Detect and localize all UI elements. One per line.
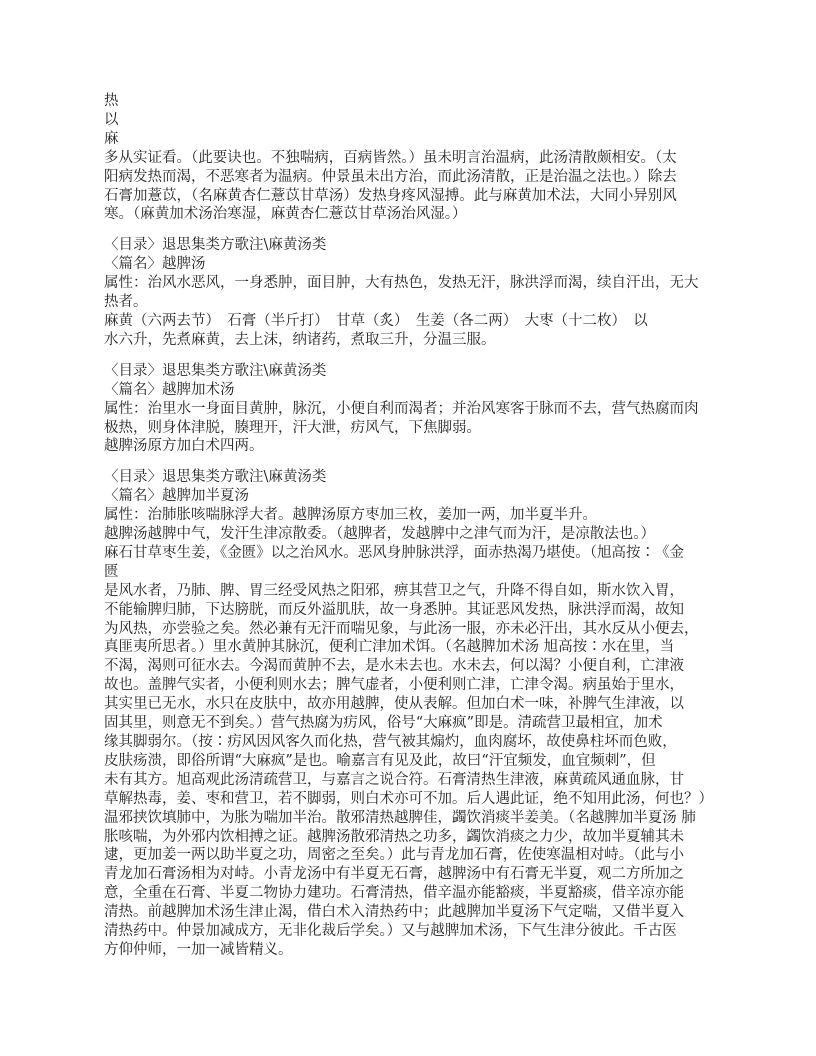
text-line: 属性：治风水恶风，一身悉肿，面目肿，大有热色，发热无汗，脉洪浮而渴，续自汗出，无…	[104, 274, 724, 293]
text-line: 石膏加薏苡，（名麻黄杏仁薏苡甘草汤）发热身疼风湿搏。此与麻黄加术法，大同小异别风	[104, 187, 724, 206]
text-line: 草解热毒，姜、枣和营卫，若不脚弱，则白术亦可不加。后人遇此证，绝不知用此汤，何也…	[104, 790, 724, 809]
text-line: 青龙加石膏汤相为对峙。小青龙汤中有半夏无石膏，越脾汤中有石膏无半夏，观二方所加之	[104, 865, 724, 884]
text-line: 麻黄（六两去节） 石膏（半斤打） 甘草（炙） 生姜（各二两） 大枣（十二枚） 以	[104, 312, 724, 331]
text-line: 匮	[104, 563, 724, 582]
text-line: 〈篇名〉越脾加半夏汤	[104, 487, 724, 506]
text-line: 是风水者，乃肺、脾、胃三经受风热之阳邪，痹其营卫之气，升降不得自如，斯水饮入胃，	[104, 582, 724, 601]
text-line: 〈篇名〉越脾加术汤	[104, 381, 724, 400]
text-line: 极热，则身体津脱，腠理开，汗大泄，疠风气，下焦脚弱。	[104, 419, 724, 438]
text-line: 〈目录〉退思集类方歌注\麻黄汤类	[104, 362, 724, 381]
text-line: 清热药中。仲景加减成方，无非化裁后学矣。）又与越脾加术汤，下气生津分彼此。千古医	[104, 922, 724, 941]
text-line: 〈目录〉退思集类方歌注\麻黄汤类	[104, 236, 724, 255]
text-line: 属性：治肺胀咳喘脉浮大者。越脾汤原方枣加三枚，姜加一两，加半夏半升。	[104, 506, 724, 525]
text-line: 故也。盖脾气实者，小便利则水去；脾气虚者，小便利则亡津，亡津令渴。病虽始于里水，	[104, 676, 724, 695]
text-line: 寒。（麻黄加术汤治寒湿，麻黄杏仁薏苡甘草汤治风湿。）	[104, 205, 724, 224]
text-line: 热者。	[104, 293, 724, 312]
text-line: 以	[104, 111, 724, 130]
text-content: 热以麻多从实证看。（此要诀也。不独喘病，百病皆然。）虽未明言治温病，此汤清散颇相…	[104, 92, 724, 972]
text-line: 固其里，则意无不到矣。）营气热腐为疠风，俗号“大麻疯”即是。清疏营卫最相宜，加术	[104, 714, 724, 733]
text-line: 多从实证看。（此要诀也。不独喘病，百病皆然。）虽未明言治温病，此汤清散颇相安。（…	[104, 149, 724, 168]
text-line: 为风热，亦尝验之矣。然必兼有无汗而喘见象，与此汤一服，亦未必汗出，其水反从小便去…	[104, 620, 724, 639]
text-section-yuepi-jia-zhu-tang: 〈目录〉退思集类方歌注\麻黄汤类〈篇名〉越脾加术汤属性：治里水一身面目黄肿，脉沉…	[104, 362, 724, 457]
text-section-yuepi-jia-banxia-tang: 〈目录〉退思集类方歌注\麻黄汤类〈篇名〉越脾加半夏汤属性：治肺胀咳喘脉浮大者。越…	[104, 468, 724, 960]
text-line: 真匪夷所思者。）里水黄肿其脉沉，便利亡津加术饵。（名越脾加术汤 旭高按∶水在里，…	[104, 638, 724, 657]
text-line: 越脾汤越脾中气，发汗生津凉散委。（越脾者，发越脾中之津气而为汗，是凉散法也。）	[104, 525, 724, 544]
text-line: 麻石甘草枣生姜，《金匮》以之治风水。恶风身肿脉洪浮，面赤热渴乃堪使。（旭高按∶《…	[104, 544, 724, 563]
text-line: 温邪挟饮填肺中，为胀为喘加半治。散邪清热越脾佳，蠲饮消痰半姜美。（名越脾加半夏汤…	[104, 809, 724, 828]
text-line: 胀咳喘，为外邪内饮相搏之证。越脾汤散邪清热之功多，蠲饮消痰之力少，故加半夏辅其未	[104, 828, 724, 847]
text-line: 皮肤疡溃，即俗所谓“大麻疯”是也。喻嘉言有见及此，故曰“汗宜频发，血宜频刺”，但	[104, 752, 724, 771]
text-line: 其实里已无水，水只在皮肤中，故亦用越脾，使从表解。但加白术一味，补脾气生津液，以	[104, 695, 724, 714]
document-page: 热以麻多从实证看。（此要诀也。不独喘病，百病皆然。）虽未明言治温病，此汤清散颇相…	[0, 0, 816, 1056]
text-line: 阳病发热而渴，不恶寒者为温病。仲景虽未出方治，而此汤清散，正是治温之法也。）除去	[104, 168, 724, 187]
text-section-yuepi-tang: 〈目录〉退思集类方歌注\麻黄汤类〈篇名〉越脾汤属性：治风水恶风，一身悉肿，面目肿…	[104, 236, 724, 349]
text-line: 〈目录〉退思集类方歌注\麻黄汤类	[104, 468, 724, 487]
text-line: 麻	[104, 130, 724, 149]
text-line: 热	[104, 92, 724, 111]
text-line: 清热。前越脾加术汤生津止渴，借白术入清热药中；此越脾加半夏汤下气定喘，又借半夏入	[104, 903, 724, 922]
text-line: 越脾汤原方加白术四两。	[104, 437, 724, 456]
text-line: 〈篇名〉越脾汤	[104, 255, 724, 274]
text-line: 意，全重在石膏、半夏二物协力建功。石膏清热，借辛温亦能豁痰，半夏豁痰，借辛凉亦能	[104, 884, 724, 903]
text-line: 水六升，先煮麻黄，去上沫，纳诸药，煮取三升，分温三服。	[104, 331, 724, 350]
text-line: 方仰仲师，一加一减皆精义。	[104, 941, 724, 960]
text-line: 属性：治里水一身面目黄肿，脉沉，小便自利而渴者；并治风寒客于脉而不去，营气热腐而…	[104, 400, 724, 419]
text-section-carryover-fragment: 热以麻多从实证看。（此要诀也。不独喘病，百病皆然。）虽未明言治温病，此汤清散颇相…	[104, 92, 724, 224]
text-line: 不能输脾归肺，下达膀胱，而反外溢肌肤，故一身悉肿。其证恶风发热，脉洪浮而渴，故知	[104, 601, 724, 620]
text-line: 未有其方。旭高观此汤清疏营卫，与嘉言之说合符。石膏清热生津液，麻黄疏风通血脉，甘	[104, 771, 724, 790]
text-line: 不渴，渴则可征水去。今渴而黄肿不去，是水未去也。水未去，何以渴？小便自利，亡津液	[104, 657, 724, 676]
text-line: 逮，更加姜一两以助半夏之功，周密之至矣。）此与青龙加石膏，佐使寒温相对峙。（此与…	[104, 846, 724, 865]
text-line: 缘其脚弱尔。（按∶疠风因风客久而化热，营气被其煽灼，血肉腐坏，故使鼻柱坏而色败，	[104, 733, 724, 752]
